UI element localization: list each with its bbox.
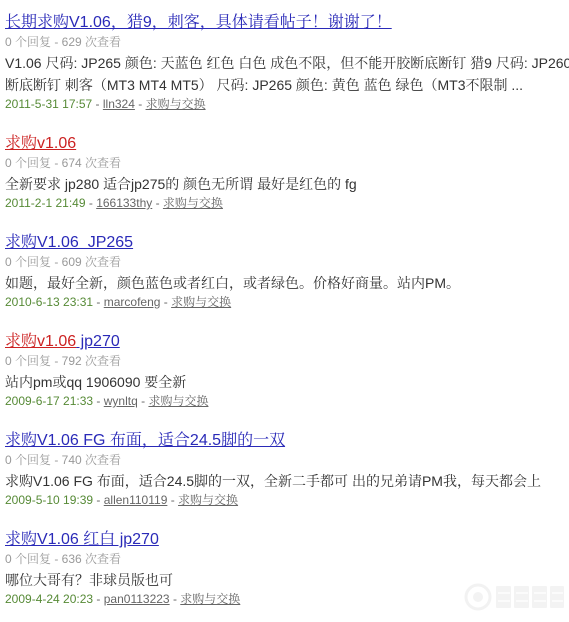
search-result: 长期求购V1.06，猎9，刺客，具体请看帖子！谢谢了！ 0 个回复 - 629 …: [5, 12, 569, 112]
replies-views: 0 个回复 - 629 次查看: [5, 33, 569, 52]
forum-link[interactable]: 求购与交换: [163, 196, 223, 210]
author-link[interactable]: 166133thy: [96, 196, 152, 210]
post-date: 2009-4-24 20:23: [5, 592, 93, 606]
meta-separator: -: [93, 592, 104, 606]
title-text: 长期求购V1.06，猎9，刺客，具体请看帖子！谢谢了！: [5, 14, 392, 31]
meta-separator: -: [167, 493, 178, 507]
replies-views: 0 个回复 - 792 次查看: [5, 352, 569, 371]
forum-link[interactable]: 求购与交换: [146, 97, 206, 111]
post-date: 2009-6-17 21:33: [5, 394, 93, 408]
forum-link[interactable]: 求购与交换: [180, 592, 240, 606]
result-title-link[interactable]: 求购V1.06 FG 布面，适合24.5脚的一双: [5, 432, 285, 449]
meta-separator: -: [138, 394, 149, 408]
meta-separator: -: [93, 394, 104, 408]
forum-link[interactable]: 求购与交换: [148, 394, 208, 408]
meta-separator: -: [93, 295, 104, 309]
author-link[interactable]: wynltq: [104, 394, 138, 408]
post-date: 2010-6-13 23:31: [5, 295, 93, 309]
replies-views: 0 个回复 - 674 次查看: [5, 154, 569, 173]
replies-views: 0 个回复 - 609 次查看: [5, 253, 569, 272]
author-link[interactable]: pan0113223: [104, 592, 170, 606]
snippet-line: 全新要求 jp280 适合jp275的 颜色无所谓 最好是红色的 fg: [5, 173, 569, 195]
result-title-link[interactable]: 求购V1.06 JP265: [5, 234, 133, 251]
search-result: 求购v1.06 jp270 0 个回复 - 792 次查看 站内pm或qq 19…: [5, 331, 569, 409]
result-title-link[interactable]: 长期求购V1.06，猎9，刺客，具体请看帖子！谢谢了！: [5, 14, 392, 31]
forum-link[interactable]: 求购与交换: [178, 493, 238, 507]
forum-link[interactable]: 求购与交换: [171, 295, 231, 309]
post-date: 2009-5-10 19:39: [5, 493, 93, 507]
watermark-icon: [462, 580, 566, 614]
search-result: 求购V1.06 JP265 0 个回复 - 609 次查看 如题，最好全新，颜色…: [5, 232, 569, 310]
search-result: 求购V1.06 FG 布面，适合24.5脚的一双 0 个回复 - 740 次查看…: [5, 430, 569, 508]
title-text: 求购V1.06 FG 布面，适合24.5脚的一双: [5, 432, 285, 449]
title-highlight: 求购v1.06: [5, 135, 76, 152]
meta-separator: -: [160, 295, 171, 309]
author-link[interactable]: lln324: [103, 97, 135, 111]
search-result: 求购v1.06 0 个回复 - 674 次查看 全新要求 jp280 适合jp2…: [5, 133, 569, 211]
post-date: 2011-5-31 17:57: [5, 97, 92, 111]
meta-separator: -: [92, 97, 103, 111]
snippet-line: 站内pm或qq 1906090 要全新: [5, 371, 569, 393]
title-text: 求购V1.06 红白 jp270: [5, 531, 159, 548]
snippet-line: 求购V1.06 FG 布面，适合24.5脚的一双，全新二手都可 出的兄弟请PM我…: [5, 470, 569, 492]
result-meta: 2011-2-1 21:49 - 166133thy - 求购与交换: [5, 195, 569, 211]
post-date: 2011-2-1 21:49: [5, 196, 86, 210]
result-meta: 2011-5-31 17:57 - lln324 - 求购与交换: [5, 96, 569, 112]
meta-separator: -: [135, 97, 146, 111]
result-title-link[interactable]: 求购v1.06 jp270: [5, 333, 120, 350]
meta-separator: -: [170, 592, 181, 606]
author-link[interactable]: marcofeng: [104, 295, 161, 309]
snippet-line: 如题，最好全新，颜色蓝色或者红白，或者绿色。价格好商量。站内PM。: [5, 272, 569, 294]
title-text: jp270: [76, 333, 120, 350]
title-text: 求购V1.06 JP265: [5, 234, 133, 251]
author-link[interactable]: allen110119: [104, 493, 168, 507]
snippet-line: V1.06 尺码: JP265 颜色: 天蓝色 红色 白色 成色不限，但不能开胶…: [5, 52, 569, 74]
title-highlight: 求购v1.06: [5, 333, 76, 350]
result-meta: 2010-6-13 23:31 - marcofeng - 求购与交换: [5, 294, 569, 310]
replies-views: 0 个回复 - 740 次查看: [5, 451, 569, 470]
result-title-link[interactable]: 求购V1.06 红白 jp270: [5, 531, 159, 548]
result-meta: 2009-5-10 19:39 - allen110119 - 求购与交换: [5, 492, 569, 508]
watermark-logo: [462, 580, 566, 619]
snippet-line: 断底断钉 刺客（MT3 MT4 MT5） 尺码: JP265 颜色: 黄色 蓝色…: [5, 74, 569, 96]
replies-views: 0 个回复 - 636 次查看: [5, 550, 569, 569]
search-results-list: 长期求购V1.06，猎9，刺客，具体请看帖子！谢谢了！ 0 个回复 - 629 …: [0, 0, 569, 607]
meta-separator: -: [152, 196, 163, 210]
result-title-link[interactable]: 求购v1.06: [5, 135, 76, 152]
meta-separator: -: [86, 196, 97, 210]
result-meta: 2009-6-17 21:33 - wynltq - 求购与交换: [5, 393, 569, 409]
meta-separator: -: [93, 493, 104, 507]
